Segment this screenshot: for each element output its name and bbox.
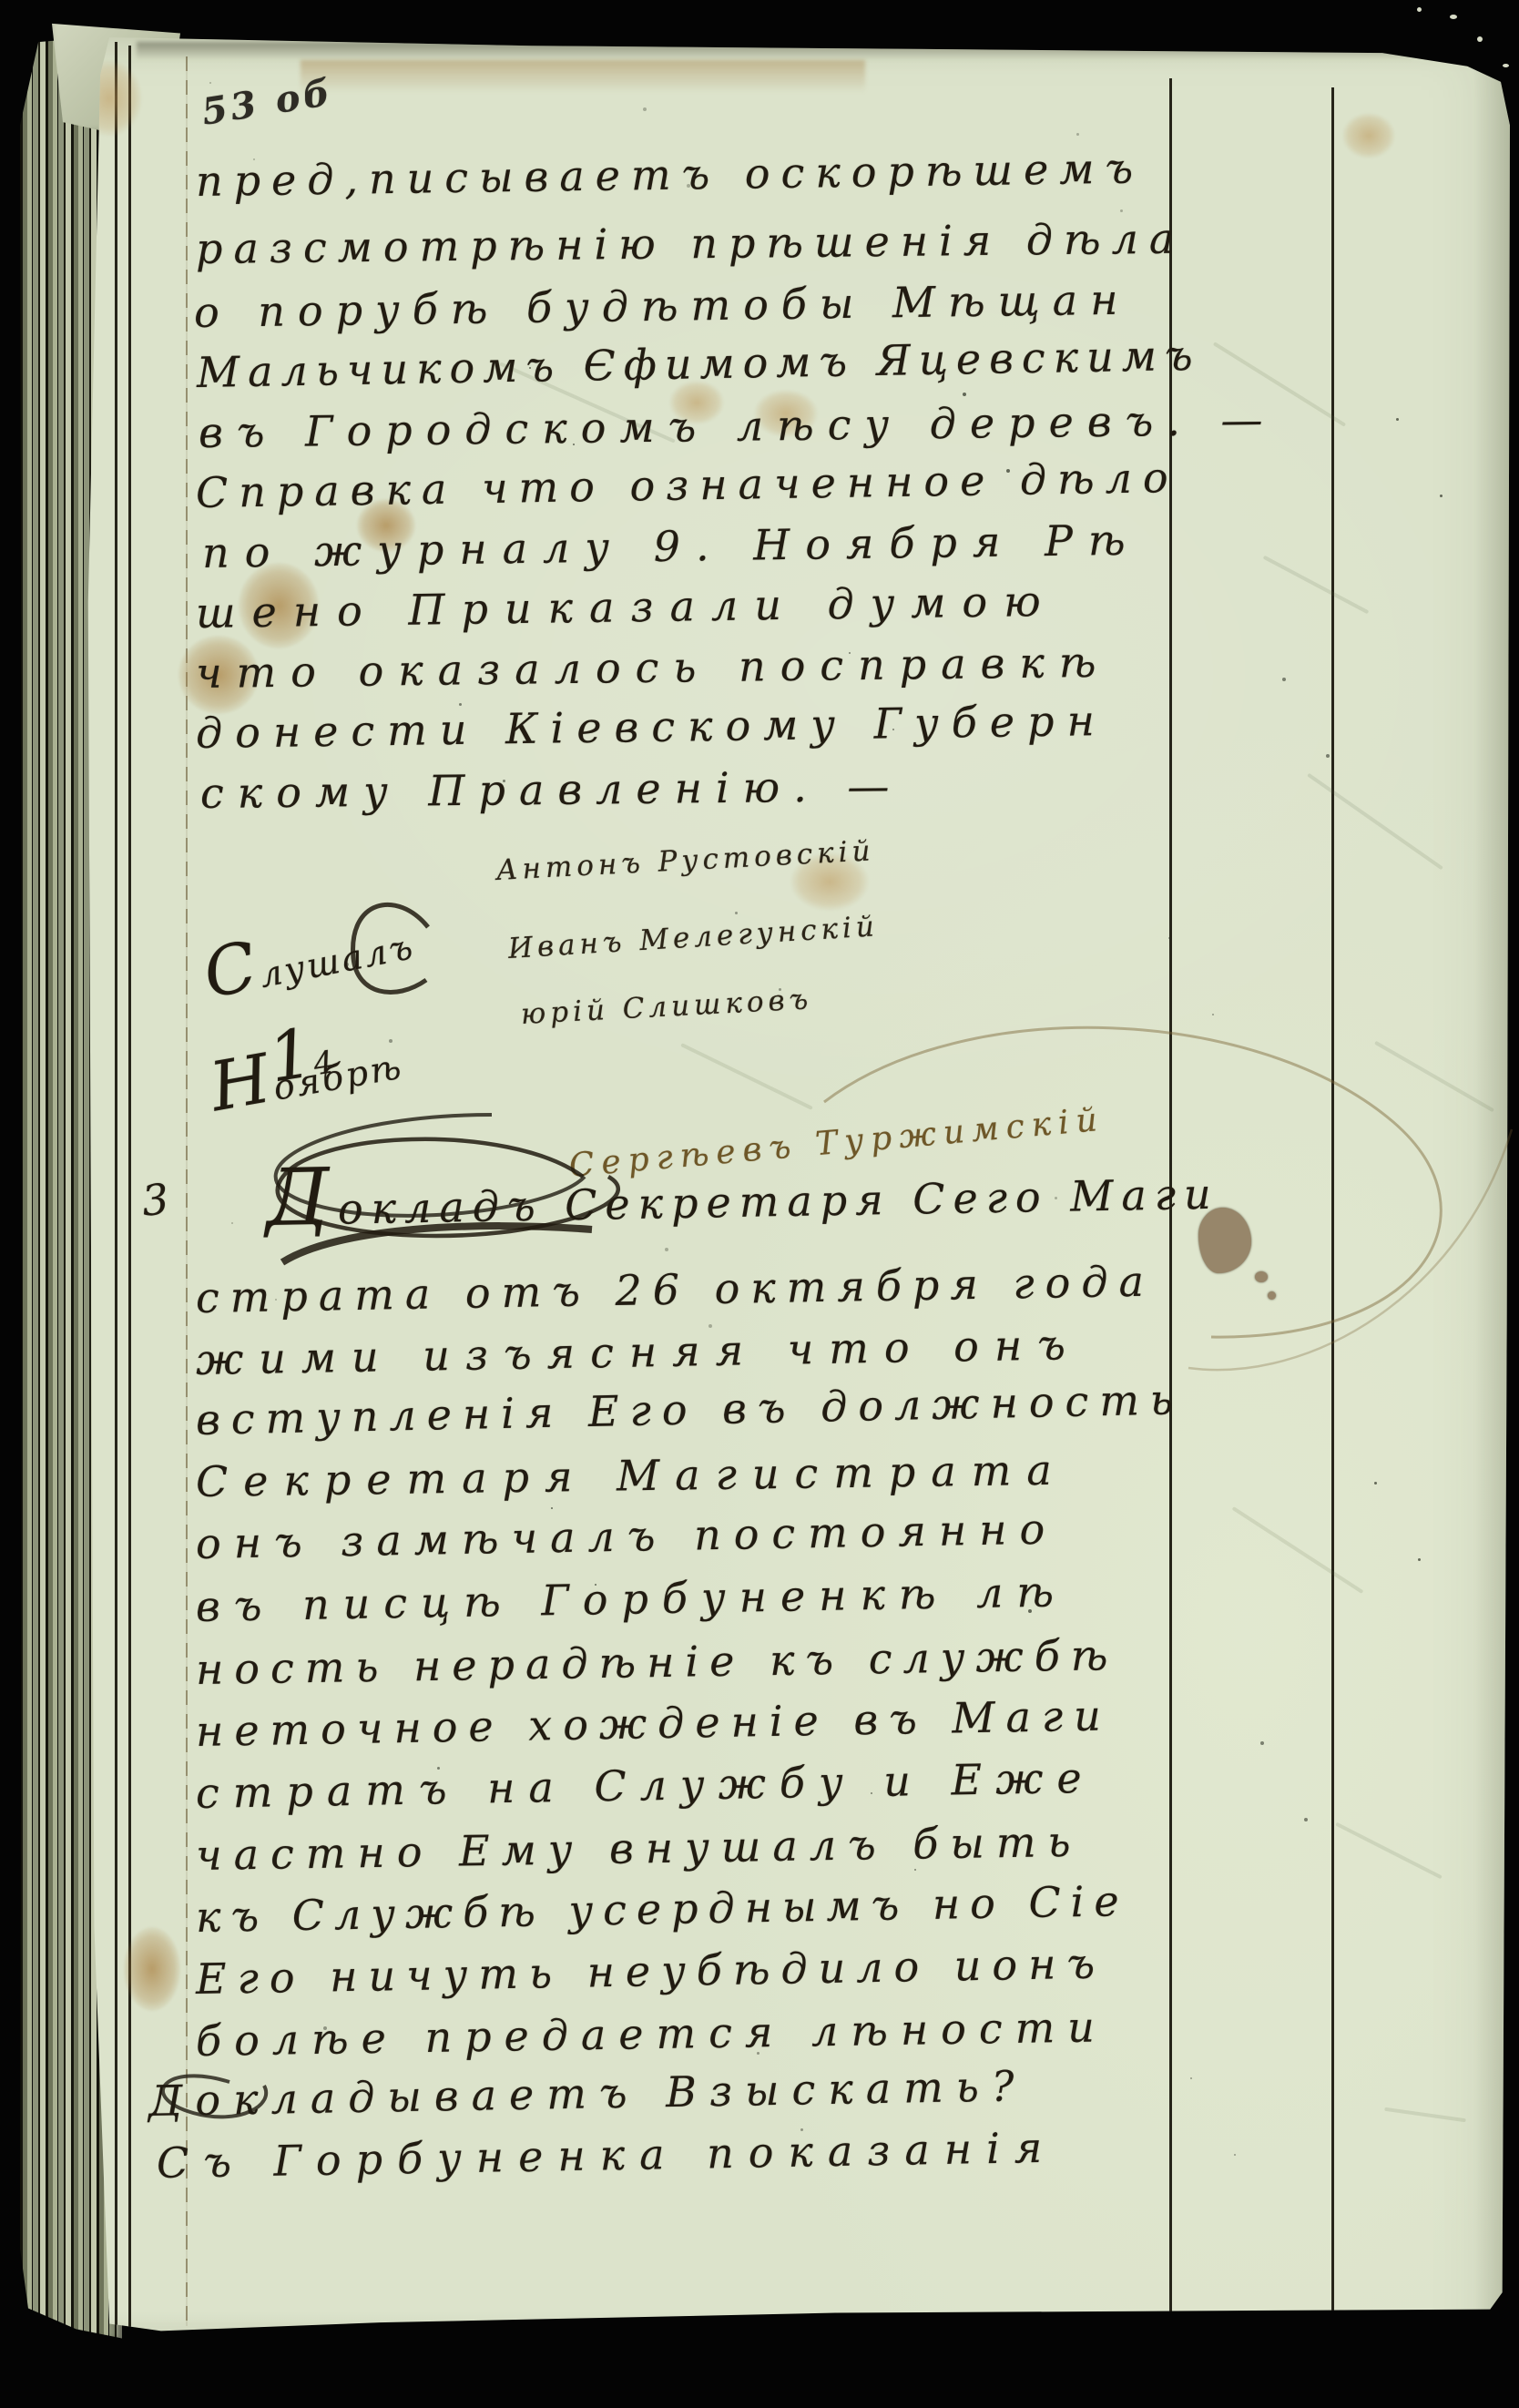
ruled-line-margin — [186, 56, 188, 2326]
dust-speck — [1260, 1741, 1264, 1745]
scanned-manuscript-page: 53 об пред,писываетъ оскорѣшемъ разсмотр… — [0, 0, 1519, 2408]
bleed-through-mark — [1263, 556, 1370, 615]
manuscript-line: Мальчикомъ Єфимомъ Яцевскимъ — [197, 331, 1201, 397]
dust-speck — [1396, 418, 1399, 421]
dust-speck — [643, 107, 647, 111]
manuscript-line: Справка что означенное дѣло — [196, 453, 1179, 517]
manuscript-line: онъ замѣчалъ постоянно — [196, 1504, 1058, 1568]
dust-speck — [1282, 678, 1286, 681]
manuscript-line: жими изъясняя что онъ — [196, 1320, 1082, 1384]
ruled-line-left-inner — [128, 46, 131, 2328]
signature: юрій Слишковъ — [520, 983, 813, 1031]
ink-blot-dot — [1255, 1271, 1268, 1282]
dust-speck — [1190, 2077, 1192, 2079]
margin-note-month: Ноябрѣ — [205, 1016, 408, 1127]
bleed-through-mark — [1232, 1506, 1364, 1594]
bleed-through-mark — [1384, 2107, 1466, 2122]
dust-speck — [1374, 1482, 1377, 1485]
dust-speck — [1234, 2154, 1236, 2156]
bleed-through-mark — [1374, 1041, 1494, 1112]
manuscript-line: въ Городскомъ лѣсу деревъ. — — [199, 395, 1277, 457]
manuscript-line: ность нерадѣніе къ службѣ — [196, 1630, 1119, 1694]
dust-speck — [1168, 937, 1170, 939]
signature: Иванъ Мелегунскій — [507, 910, 880, 965]
ruled-line-left-outer — [115, 42, 117, 2330]
manuscript-line: Докладываетъ Взыскать? — [148, 2061, 1027, 2126]
dust-speck — [551, 1507, 553, 1509]
bleed-through-mark — [680, 1043, 813, 1110]
signature: Антонъ Рустовскій — [495, 834, 875, 887]
folio-number: 53 об — [199, 71, 336, 134]
manuscript-line: страта отъ 26 октября года — [196, 1257, 1156, 1322]
stain — [124, 1927, 180, 2011]
backdrop-speck — [1450, 15, 1457, 19]
manuscript-line: о порубѣ будѣтобы Мѣщан — [194, 275, 1131, 337]
manuscript-line: Съ Горбуненка показанія — [157, 2123, 1057, 2188]
dust-speck — [231, 1222, 233, 1224]
dust-speck — [963, 393, 966, 396]
dust-speck — [665, 1248, 668, 1251]
dust-speck — [735, 912, 738, 914]
manuscript-line: стратъ на Службу и Еже — [196, 1753, 1096, 1818]
manuscript-line: въ писцѣ Горбуненкѣ лѣ — [196, 1566, 1068, 1631]
dust-speck — [1212, 1014, 1214, 1015]
manuscript-line: разсмотрѣнію прѣшенія дѣла — [196, 214, 1186, 273]
manuscript-line: что оказалось посправкѣ — [196, 638, 1111, 698]
ruled-line-right-second — [1331, 87, 1334, 2317]
backdrop-speck — [1417, 7, 1422, 12]
backdrop-speck — [1477, 36, 1483, 42]
bleed-through-mark — [1335, 1822, 1443, 1880]
manuscript-line: Его ничуть неубѣдило ионъ — [196, 1939, 1106, 2004]
entry-number: 3 — [139, 1174, 171, 1226]
manuscript-line: по журналу 9. Ноября Рѣ — [202, 515, 1141, 577]
margin-note-heard: Слушалъ — [198, 897, 420, 1015]
manuscript-line: частно Ему внушалъ быть — [196, 1817, 1083, 1880]
top-edge-shadow — [137, 42, 1412, 60]
manuscript-paper: 53 об пред,писываетъ оскорѣшемъ разсмотр… — [0, 0, 1519, 2408]
dust-speck — [1418, 1558, 1421, 1561]
dust-speck — [1440, 495, 1443, 497]
dust-speck — [914, 1869, 916, 1871]
manuscript-line: Докладъ Секретаря Сего Маги — [266, 1169, 1220, 1235]
ink-blot-dot — [1268, 1291, 1276, 1300]
top-edge-smear — [301, 60, 865, 93]
dust-speck — [1304, 1818, 1308, 1821]
manuscript-line: неточное хожденіе въ Маги — [196, 1690, 1113, 1756]
manuscript-line: пред,писываетъ оскорѣшемъ — [196, 143, 1145, 206]
manuscript-line: шено Приказали думою — [196, 576, 1057, 638]
backdrop-speck — [1503, 64, 1509, 67]
manuscript-line: донести Кіевскому Губерн — [196, 696, 1108, 758]
dust-speck — [1326, 754, 1330, 758]
manuscript-line: вступленія Его въ должность — [195, 1374, 1184, 1444]
manuscript-line: Секретаря Магистрата — [196, 1445, 1067, 1506]
manuscript-line: къ Службѣ усерднымъ но Сіе — [196, 1876, 1129, 1942]
dust-speck — [1076, 133, 1079, 136]
manuscript-line: скому Правленію. — — [200, 761, 903, 818]
dust-speck — [1120, 209, 1123, 212]
dust-speck — [209, 82, 211, 84]
manuscript-line: болѣе предается лѣности — [196, 2002, 1108, 2066]
bleed-through-mark — [1307, 773, 1443, 871]
stain — [1342, 113, 1395, 158]
